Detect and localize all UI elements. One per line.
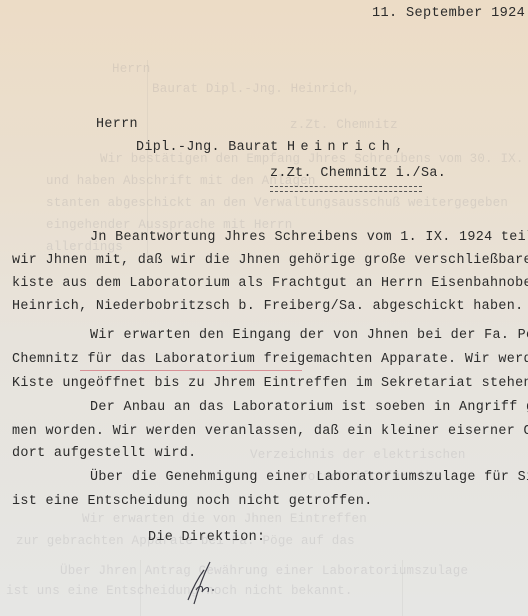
fold-line bbox=[140, 560, 141, 616]
closing: Die Direktion: bbox=[148, 530, 265, 545]
bleed-text: Baurat Dipl.-Jng. Heinrich, bbox=[152, 82, 360, 96]
bleed-text: Wir erwarten die von Jhnen Eintreffen bbox=[82, 512, 367, 526]
body-line: Chemnitz für das Laboratorium freigemach… bbox=[12, 352, 528, 367]
body-line: Über die Genehmigung einer Laboratoriums… bbox=[90, 470, 528, 485]
signature-icon bbox=[180, 560, 220, 610]
bleed-text: Herrn bbox=[112, 62, 151, 76]
body-line: wir Jhnen mit, daß wir die Jhnen gehörig… bbox=[12, 253, 528, 268]
body-line: ist eine Entscheidung noch nicht getroff… bbox=[12, 494, 373, 509]
body-line: dort aufgestellt wird. bbox=[12, 446, 197, 461]
body-line: kiste aus dem Laboratorium als Frachtgut… bbox=[12, 276, 528, 291]
bleed-text: Über Jhren Antrag Gewährung einer Labora… bbox=[60, 564, 468, 578]
body-line: Der Anbau an das Laboratorium ist soeben… bbox=[90, 400, 528, 415]
recipient-title: Dipl.-Jng. Baurat bbox=[136, 140, 287, 155]
red-pencil-underline bbox=[80, 370, 302, 371]
double-underline bbox=[270, 186, 422, 192]
recipient-location: z.Zt. Chemnitz i./Sa. bbox=[270, 166, 446, 181]
body-line: Wir erwarten den Eingang der von Jhnen b… bbox=[90, 328, 528, 343]
salutation: Herrn bbox=[96, 117, 138, 132]
recipient-surname: Heinrich, bbox=[287, 140, 409, 155]
body-line: Jn Beantwortung Jhres Schreibens vom 1. … bbox=[90, 230, 528, 245]
letter-page: Herrn Baurat Dipl.-Jng. Heinrich, z.Zt. … bbox=[0, 0, 528, 616]
fold-line bbox=[402, 560, 403, 616]
bleed-text: stanten abgeschickt an den Verwaltungsau… bbox=[46, 196, 508, 210]
letter-date: 11. September 1924 bbox=[372, 6, 525, 21]
body-line: men worden. Wir werden veranlassen, daß … bbox=[12, 424, 528, 439]
recipient-line: Dipl.-Jng. Baurat Heinrich, bbox=[136, 140, 409, 155]
body-line: Kiste ungeöffnet bis zu Jhrem Eintreffen… bbox=[12, 376, 528, 391]
bleed-text: Verzeichnis der elektrischen bbox=[250, 448, 466, 462]
body-line: Heinrich, Niederbobritzsch b. Freiberg/S… bbox=[12, 299, 524, 314]
bleed-text: z.Zt. Chemnitz bbox=[290, 118, 398, 132]
